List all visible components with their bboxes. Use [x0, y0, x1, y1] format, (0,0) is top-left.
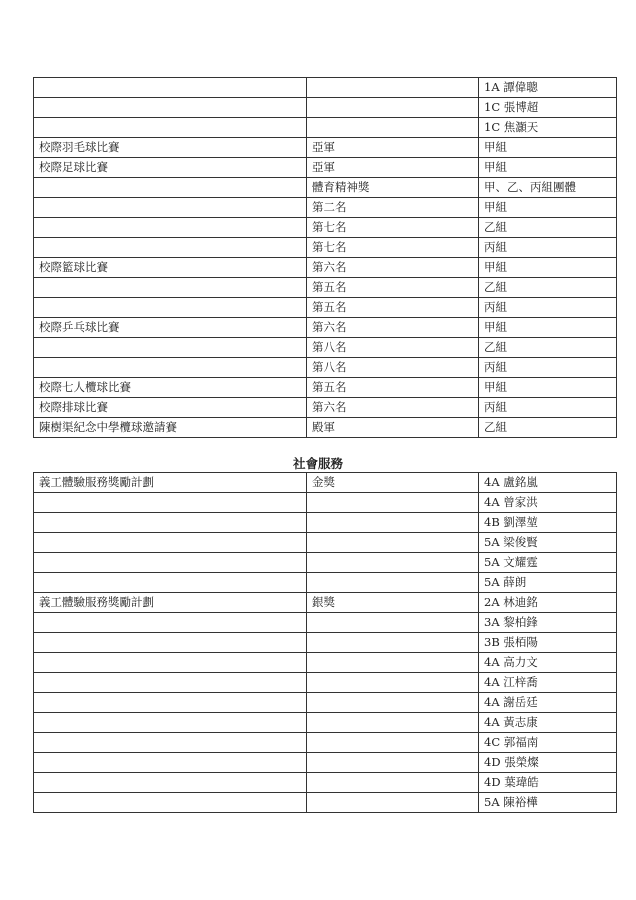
event-cell	[34, 178, 307, 198]
event-cell	[34, 198, 307, 218]
community-service-body: 義工體驗服務獎勵計劃金獎4A 盧銘嵐4A 曾家洪4B 劉澤堃5A 梁俊賢5A 文…	[34, 473, 617, 813]
recipient-cell: 4D 張榮燦	[479, 753, 617, 773]
award-cell	[307, 733, 479, 753]
event-cell	[34, 613, 307, 633]
event-cell	[34, 513, 307, 533]
award-cell	[307, 513, 479, 533]
event-cell	[34, 118, 307, 138]
award-cell: 第六名	[307, 318, 479, 338]
recipient-cell: 甲組	[479, 318, 617, 338]
table-row: 第五名丙組	[34, 298, 617, 318]
event-cell: 校際乒乓球比賽	[34, 318, 307, 338]
table-row: 1C 張博超	[34, 98, 617, 118]
recipient-cell: 甲組	[479, 258, 617, 278]
event-cell	[34, 533, 307, 553]
award-cell: 第六名	[307, 258, 479, 278]
table-row: 5A 薛朗	[34, 573, 617, 593]
award-cell: 金獎	[307, 473, 479, 493]
award-cell: 第六名	[307, 398, 479, 418]
award-cell	[307, 493, 479, 513]
recipient-cell: 5A 文耀霆	[479, 553, 617, 573]
recipient-cell: 乙組	[479, 278, 617, 298]
sports-awards-table: 1A 譚偉聰1C 張博超1C 焦灝天校際羽毛球比賽亞軍甲組校際足球比賽亞軍甲組體…	[33, 77, 617, 438]
event-cell	[34, 713, 307, 733]
recipient-cell: 4B 劉澤堃	[479, 513, 617, 533]
award-cell	[307, 793, 479, 813]
community-service-table: 義工體驗服務獎勵計劃金獎4A 盧銘嵐4A 曾家洪4B 劉澤堃5A 梁俊賢5A 文…	[33, 472, 617, 813]
recipient-cell: 5A 梁俊賢	[479, 533, 617, 553]
recipient-cell: 甲組	[479, 378, 617, 398]
award-cell	[307, 553, 479, 573]
recipient-cell: 2A 林迪銘	[479, 593, 617, 613]
award-cell: 第五名	[307, 278, 479, 298]
recipient-cell: 甲組	[479, 158, 617, 178]
recipient-cell: 丙組	[479, 358, 617, 378]
award-cell	[307, 693, 479, 713]
recipient-cell: 甲、乙、丙組團體	[479, 178, 617, 198]
award-cell: 亞軍	[307, 138, 479, 158]
event-cell: 陳樹渠紀念中學欖球邀請賽	[34, 418, 307, 438]
award-cell: 第五名	[307, 378, 479, 398]
table-row: 4A 江梓喬	[34, 673, 617, 693]
recipient-cell: 甲組	[479, 138, 617, 158]
recipient-cell: 3A 黎柏鋒	[479, 613, 617, 633]
table-row: 5A 梁俊賢	[34, 533, 617, 553]
award-cell	[307, 573, 479, 593]
award-cell	[307, 613, 479, 633]
table-row: 義工體驗服務獎勵計劃金獎4A 盧銘嵐	[34, 473, 617, 493]
recipient-cell: 1A 譚偉聰	[479, 78, 617, 98]
event-cell: 校際排球比賽	[34, 398, 307, 418]
event-cell	[34, 573, 307, 593]
award-cell: 亞軍	[307, 158, 479, 178]
event-cell: 義工體驗服務獎勵計劃	[34, 593, 307, 613]
event-cell	[34, 493, 307, 513]
recipient-cell: 3B 張栢陽	[479, 633, 617, 653]
award-cell	[307, 773, 479, 793]
event-cell	[34, 793, 307, 813]
table-row: 4D 葉瑋皓	[34, 773, 617, 793]
table-row: 3A 黎柏鋒	[34, 613, 617, 633]
recipient-cell: 乙組	[479, 218, 617, 238]
table-row: 4B 劉澤堃	[34, 513, 617, 533]
table-row: 4C 郭福南	[34, 733, 617, 753]
table-row: 校際排球比賽第六名丙組	[34, 398, 617, 418]
award-cell	[307, 633, 479, 653]
recipient-cell: 1C 張博超	[479, 98, 617, 118]
award-cell: 第七名	[307, 218, 479, 238]
recipient-cell: 4A 謝岳廷	[479, 693, 617, 713]
event-cell	[34, 298, 307, 318]
recipient-cell: 乙組	[479, 418, 617, 438]
event-cell: 校際七人欖球比賽	[34, 378, 307, 398]
recipient-cell: 4C 郭福南	[479, 733, 617, 753]
award-cell	[307, 673, 479, 693]
recipient-cell: 5A 薛朗	[479, 573, 617, 593]
award-cell: 第五名	[307, 298, 479, 318]
table-row: 第八名乙組	[34, 338, 617, 358]
event-cell: 校際足球比賽	[34, 158, 307, 178]
event-cell	[34, 773, 307, 793]
recipient-cell: 4A 江梓喬	[479, 673, 617, 693]
table-row: 校際足球比賽亞軍甲組	[34, 158, 617, 178]
table-row: 第七名丙組	[34, 238, 617, 258]
event-cell	[34, 278, 307, 298]
recipient-cell: 乙組	[479, 338, 617, 358]
recipient-cell: 4A 盧銘嵐	[479, 473, 617, 493]
table-row: 第七名乙組	[34, 218, 617, 238]
recipient-cell: 丙組	[479, 298, 617, 318]
award-cell	[307, 78, 479, 98]
table-row: 4A 曾家洪	[34, 493, 617, 513]
event-cell	[34, 633, 307, 653]
table-row: 體育精神獎甲、乙、丙組團體	[34, 178, 617, 198]
table-row: 5A 陳裕樺	[34, 793, 617, 813]
table-row: 4A 黃志康	[34, 713, 617, 733]
award-cell	[307, 118, 479, 138]
award-cell	[307, 533, 479, 553]
award-cell	[307, 98, 479, 118]
table-row: 4D 張榮燦	[34, 753, 617, 773]
event-cell: 校際羽毛球比賽	[34, 138, 307, 158]
recipient-cell: 甲組	[479, 198, 617, 218]
table-row: 1C 焦灝天	[34, 118, 617, 138]
table-row: 陳樹渠紀念中學欖球邀請賽殿軍乙組	[34, 418, 617, 438]
table-row: 校際乒乓球比賽第六名甲組	[34, 318, 617, 338]
table-row: 第八名丙組	[34, 358, 617, 378]
recipient-cell: 4A 曾家洪	[479, 493, 617, 513]
award-cell: 第八名	[307, 358, 479, 378]
award-cell	[307, 713, 479, 733]
table-row: 第二名甲組	[34, 198, 617, 218]
event-cell	[34, 78, 307, 98]
table-row: 4A 高力文	[34, 653, 617, 673]
event-cell	[34, 693, 307, 713]
table-row: 3B 張栢陽	[34, 633, 617, 653]
recipient-cell: 4A 高力文	[479, 653, 617, 673]
event-cell	[34, 753, 307, 773]
recipient-cell: 丙組	[479, 238, 617, 258]
event-cell: 校際籃球比賽	[34, 258, 307, 278]
recipient-cell: 4D 葉瑋皓	[479, 773, 617, 793]
award-cell: 第七名	[307, 238, 479, 258]
event-cell	[34, 238, 307, 258]
recipient-cell: 丙組	[479, 398, 617, 418]
table-row: 1A 譚偉聰	[34, 78, 617, 98]
award-cell: 銀獎	[307, 593, 479, 613]
recipient-cell: 5A 陳裕樺	[479, 793, 617, 813]
event-cell	[34, 553, 307, 573]
table-row: 校際羽毛球比賽亞軍甲組	[34, 138, 617, 158]
recipient-cell: 4A 黃志康	[479, 713, 617, 733]
award-cell: 第二名	[307, 198, 479, 218]
table-row: 5A 文耀霆	[34, 553, 617, 573]
sports-awards-body: 1A 譚偉聰1C 張博超1C 焦灝天校際羽毛球比賽亞軍甲組校際足球比賽亞軍甲組體…	[34, 78, 617, 438]
award-cell: 殿軍	[307, 418, 479, 438]
award-cell: 體育精神獎	[307, 178, 479, 198]
table-row: 義工體驗服務獎勵計劃銀獎2A 林迪銘	[34, 593, 617, 613]
award-cell	[307, 753, 479, 773]
section-heading-community-service: 社會服務	[0, 454, 636, 472]
event-cell	[34, 733, 307, 753]
event-cell: 義工體驗服務獎勵計劃	[34, 473, 307, 493]
event-cell	[34, 98, 307, 118]
event-cell	[34, 338, 307, 358]
table-row: 校際七人欖球比賽第五名甲組	[34, 378, 617, 398]
table-row: 4A 謝岳廷	[34, 693, 617, 713]
event-cell	[34, 673, 307, 693]
table-row: 第五名乙組	[34, 278, 617, 298]
event-cell	[34, 218, 307, 238]
recipient-cell: 1C 焦灝天	[479, 118, 617, 138]
event-cell	[34, 358, 307, 378]
event-cell	[34, 653, 307, 673]
award-cell	[307, 653, 479, 673]
award-cell: 第八名	[307, 338, 479, 358]
table-row: 校際籃球比賽第六名甲組	[34, 258, 617, 278]
